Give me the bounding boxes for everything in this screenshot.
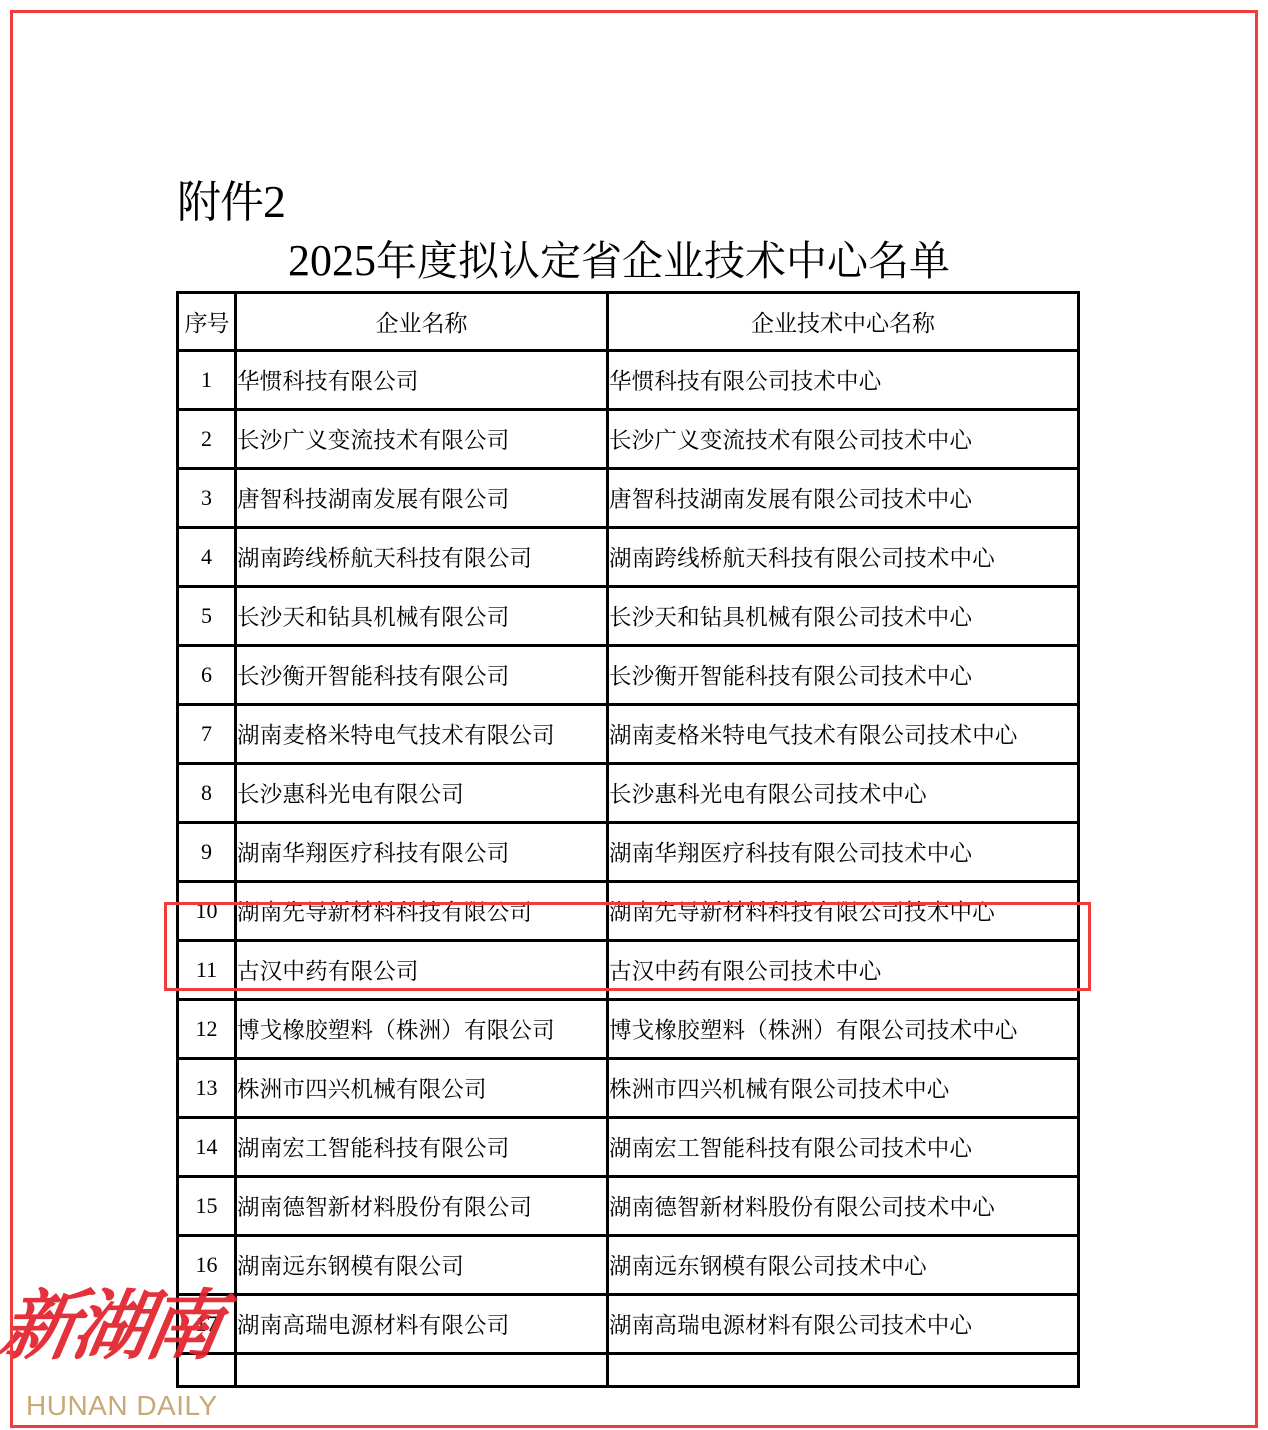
tech-center-name: 唐智科技湖南发展有限公司技术中心 — [608, 469, 1079, 528]
tech-center-name: 古汉中药有限公司技术中心 — [608, 941, 1079, 1000]
table-row: 8 长沙惠科光电有限公司 长沙惠科光电有限公司技术中心 — [178, 764, 1079, 823]
table-row-highlighted: 10 湖南先导新材料科技有限公司 湖南先导新材料科技有限公司技术中心 — [178, 882, 1079, 941]
tech-center-name: 长沙惠科光电有限公司技术中心 — [608, 764, 1079, 823]
attachment-label-text: 附件 — [177, 177, 263, 228]
row-index: 5 — [178, 587, 236, 646]
company-name: 长沙天和钻具机械有限公司 — [236, 587, 608, 646]
row-index: 7 — [178, 705, 236, 764]
logo-chinese-text: 新湖南 — [0, 1278, 226, 1374]
tech-center-name: 湖南德智新材料股份有限公司技术中心 — [608, 1177, 1079, 1236]
table-row: 12 博戈橡胶塑料（株洲）有限公司 博戈橡胶塑料（株洲）有限公司技术中心 — [178, 1000, 1079, 1059]
header-tech-center-name: 企业技术中心名称 — [608, 293, 1079, 351]
company-name: 湖南跨线桥航天科技有限公司 — [236, 528, 608, 587]
company-name: 湖南麦格米特电气技术有限公司 — [236, 705, 608, 764]
tech-center-name: 长沙广义变流技术有限公司技术中心 — [608, 410, 1079, 469]
tech-center-name: 湖南华翔医疗科技有限公司技术中心 — [608, 823, 1079, 882]
row-index: 4 — [178, 528, 236, 587]
row-index: 14 — [178, 1118, 236, 1177]
document-title: 2025年度拟认定省企业技术中心名单 — [288, 232, 950, 290]
company-name: 长沙惠科光电有限公司 — [236, 764, 608, 823]
row-index: 10 — [178, 882, 236, 941]
company-name: 长沙衡开智能科技有限公司 — [236, 646, 608, 705]
company-name: 湖南宏工智能科技有限公司 — [236, 1118, 608, 1177]
table-row: 15 湖南德智新材料股份有限公司 湖南德智新材料股份有限公司技术中心 — [178, 1177, 1079, 1236]
tech-center-table: 序号 企业名称 企业技术中心名称 1 华惯科技有限公司 华惯科技有限公司技术中心… — [176, 291, 1080, 1388]
attachment-label-number: 2 — [263, 176, 285, 227]
header-company-name: 企业名称 — [236, 293, 608, 351]
document-title-text: 年度拟认定省企业技术中心名单 — [376, 237, 950, 285]
header-index: 序号 — [178, 293, 236, 351]
row-index: 3 — [178, 469, 236, 528]
company-name: 湖南德智新材料股份有限公司 — [236, 1177, 608, 1236]
logo-english-text: HUNAN DAILY — [26, 1390, 218, 1422]
hunan-daily-logo: 新湖南 HUNAN DAILY — [0, 1278, 245, 1428]
table-row: 1 华惯科技有限公司 华惯科技有限公司技术中心 — [178, 351, 1079, 410]
company-name — [236, 1354, 608, 1387]
row-index: 1 — [178, 351, 236, 410]
row-index: 13 — [178, 1059, 236, 1118]
table-row: 16 湖南远东钢模有限公司 湖南远东钢模有限公司技术中心 — [178, 1236, 1079, 1295]
table-row: 6 长沙衡开智能科技有限公司 长沙衡开智能科技有限公司技术中心 — [178, 646, 1079, 705]
table-row: 4 湖南跨线桥航天科技有限公司 湖南跨线桥航天科技有限公司技术中心 — [178, 528, 1079, 587]
tech-center-name: 华惯科技有限公司技术中心 — [608, 351, 1079, 410]
company-name: 湖南高瑞电源材料有限公司 — [236, 1295, 608, 1354]
table-row: 5 长沙天和钻具机械有限公司 长沙天和钻具机械有限公司技术中心 — [178, 587, 1079, 646]
tech-center-name: 株洲市四兴机械有限公司技术中心 — [608, 1059, 1079, 1118]
company-name: 博戈橡胶塑料（株洲）有限公司 — [236, 1000, 608, 1059]
company-name: 唐智科技湖南发展有限公司 — [236, 469, 608, 528]
company-name: 株洲市四兴机械有限公司 — [236, 1059, 608, 1118]
company-name: 湖南远东钢模有限公司 — [236, 1236, 608, 1295]
row-index: 15 — [178, 1177, 236, 1236]
tech-center-name: 博戈橡胶塑料（株洲）有限公司技术中心 — [608, 1000, 1079, 1059]
tech-center-name: 长沙天和钻具机械有限公司技术中心 — [608, 587, 1079, 646]
document-title-year: 2025 — [288, 236, 376, 285]
company-name: 华惯科技有限公司 — [236, 351, 608, 410]
tech-center-name: 湖南麦格米特电气技术有限公司技术中心 — [608, 705, 1079, 764]
tech-center-name: 湖南高瑞电源材料有限公司技术中心 — [608, 1295, 1079, 1354]
table-header-row: 序号 企业名称 企业技术中心名称 — [178, 293, 1079, 351]
table-row-cut-off — [178, 1354, 1079, 1387]
table-row: 14 湖南宏工智能科技有限公司 湖南宏工智能科技有限公司技术中心 — [178, 1118, 1079, 1177]
tech-center-name: 湖南宏工智能科技有限公司技术中心 — [608, 1118, 1079, 1177]
company-name: 湖南先导新材料科技有限公司 — [236, 882, 608, 941]
company-name: 长沙广义变流技术有限公司 — [236, 410, 608, 469]
row-index: 6 — [178, 646, 236, 705]
row-index: 9 — [178, 823, 236, 882]
table-row: 11 古汉中药有限公司 古汉中药有限公司技术中心 — [178, 941, 1079, 1000]
tech-center-name: 湖南远东钢模有限公司技术中心 — [608, 1236, 1079, 1295]
attachment-label: 附件2 — [177, 172, 285, 233]
row-index: 8 — [178, 764, 236, 823]
row-index: 2 — [178, 410, 236, 469]
company-name: 古汉中药有限公司 — [236, 941, 608, 1000]
tech-center-name: 湖南跨线桥航天科技有限公司技术中心 — [608, 528, 1079, 587]
table-row: 7 湖南麦格米特电气技术有限公司 湖南麦格米特电气技术有限公司技术中心 — [178, 705, 1079, 764]
table-row: 17 湖南高瑞电源材料有限公司 湖南高瑞电源材料有限公司技术中心 — [178, 1295, 1079, 1354]
row-index: 11 — [178, 941, 236, 1000]
table-row: 2 长沙广义变流技术有限公司 长沙广义变流技术有限公司技术中心 — [178, 410, 1079, 469]
table-row: 13 株洲市四兴机械有限公司 株洲市四兴机械有限公司技术中心 — [178, 1059, 1079, 1118]
row-index: 12 — [178, 1000, 236, 1059]
tech-center-name: 长沙衡开智能科技有限公司技术中心 — [608, 646, 1079, 705]
table-row: 9 湖南华翔医疗科技有限公司 湖南华翔医疗科技有限公司技术中心 — [178, 823, 1079, 882]
tech-center-name — [608, 1354, 1079, 1387]
table-row: 3 唐智科技湖南发展有限公司 唐智科技湖南发展有限公司技术中心 — [178, 469, 1079, 528]
company-name: 湖南华翔医疗科技有限公司 — [236, 823, 608, 882]
tech-center-name: 湖南先导新材料科技有限公司技术中心 — [608, 882, 1079, 941]
